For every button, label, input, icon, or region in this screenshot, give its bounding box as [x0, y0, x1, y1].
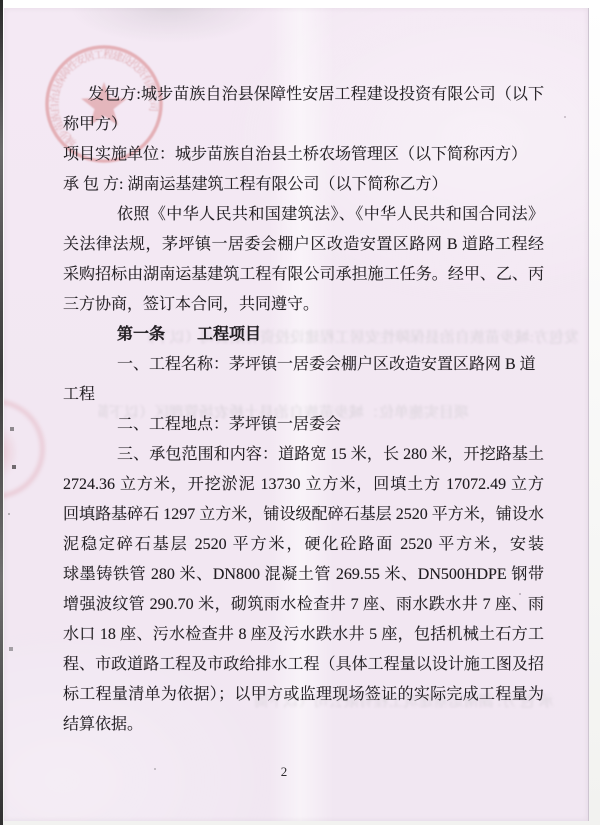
clause-1-item-3-line-5: 球墨铸铁管 280 米、DN800 混凝土管 269.55 米、DN500HDP…: [63, 560, 544, 590]
contract-line-preamble-4: 三方协商，签订本合同，共同遵守。: [63, 290, 544, 320]
contract-line-contractor: 承 包 方: 湖南运基建筑工程有限公司（以下简称乙方）: [63, 170, 544, 200]
scan-dust-specks: [4, 8, 6, 10]
clause-1-item-3-line-3: 回填路基碎石 1297 立方米，铺设级配碎石基层 2520 平方米，铺设水: [63, 500, 544, 530]
clause-1-item-3-line-8: 程、市政道路工程及市政给排水工程（具体工程量以设计施工图及招: [63, 650, 544, 680]
contract-line-preamble-1: 依照《中华人民共和国建筑法》、《中华人民共和国合同法》及有: [63, 200, 544, 230]
clause-1-item-2: 二、工程地点：茅坪镇一居委会: [63, 410, 544, 440]
clause-1-item-3-line-1: 三、承包范围和内容：道路宽 15 米，长 280 米，开挖路基土方: [63, 440, 544, 470]
contract-line-implementer: 项目实施单位：城步苗族自治县土桥农场管理区（以下简称丙方）: [63, 140, 544, 170]
clause-1-item-3-line-9: 标工程量清单为依据）；以甲方或监理现场签证的实际完成工程量为: [63, 680, 544, 710]
clause-1-item-3-line-7: 水口 18 座、污水检查井 8 座及污水跌水井 5 座，包括机械土石方工: [63, 620, 544, 650]
page-number: 2: [266, 764, 302, 780]
contract-line-employer-2: 称甲方）: [63, 110, 544, 140]
clause-1-item-1: 一、工程名称：茅坪镇一居委会棚户区改造安置区路网 B 道路: [63, 350, 544, 380]
clause-1-heading: 第一条 工程项目: [63, 320, 544, 350]
red-ink-smear: [4, 426, 18, 478]
contract-paper: 城步苗族自治县保障性安居工程建设投资有限公司 发包方:城步苗族自治县保障性安居工…: [4, 8, 589, 821]
contract-body: 发包方:城步苗族自治县保障性安居工程建设投资有限公司（以下简 称甲方） 项目实施…: [63, 80, 544, 740]
scanned-page: 城步苗族自治县保障性安居工程建设投资有限公司 发包方:城步苗族自治县保障性安居工…: [0, 0, 600, 825]
clause-1-item-3-line-6: 增强波纹管 290.70 米，砌筑雨水检查井 7 座、雨水跌水井 7 座、雨: [63, 590, 544, 620]
clause-1-item-3-line-10: 结算依据。: [63, 710, 544, 740]
clause-1-item-3-line-2: 2724.36 立方米，开挖淤泥 13730 立方米，回填土方 17072.49…: [63, 470, 544, 500]
contract-line-preamble-3: 采购招标由湖南运基建筑工程有限公司承担施工任务。经甲、乙、丙: [63, 260, 544, 290]
clause-1-item-3-line-4: 泥稳定碎石基层 2520 平方米，硬化砼路面 2520 平方米，安装 DN200: [63, 530, 544, 560]
contract-line-employer: 发包方:城步苗族自治县保障性安居工程建设投资有限公司（以下简: [63, 80, 544, 110]
clause-1-item-1b: 工程: [63, 380, 544, 410]
contract-line-preamble-2: 关法律法规，茅坪镇一居委会棚户区改造安置区路网 B 道路工程经: [63, 230, 544, 260]
scan-edge-shadow: [0, 0, 3, 825]
